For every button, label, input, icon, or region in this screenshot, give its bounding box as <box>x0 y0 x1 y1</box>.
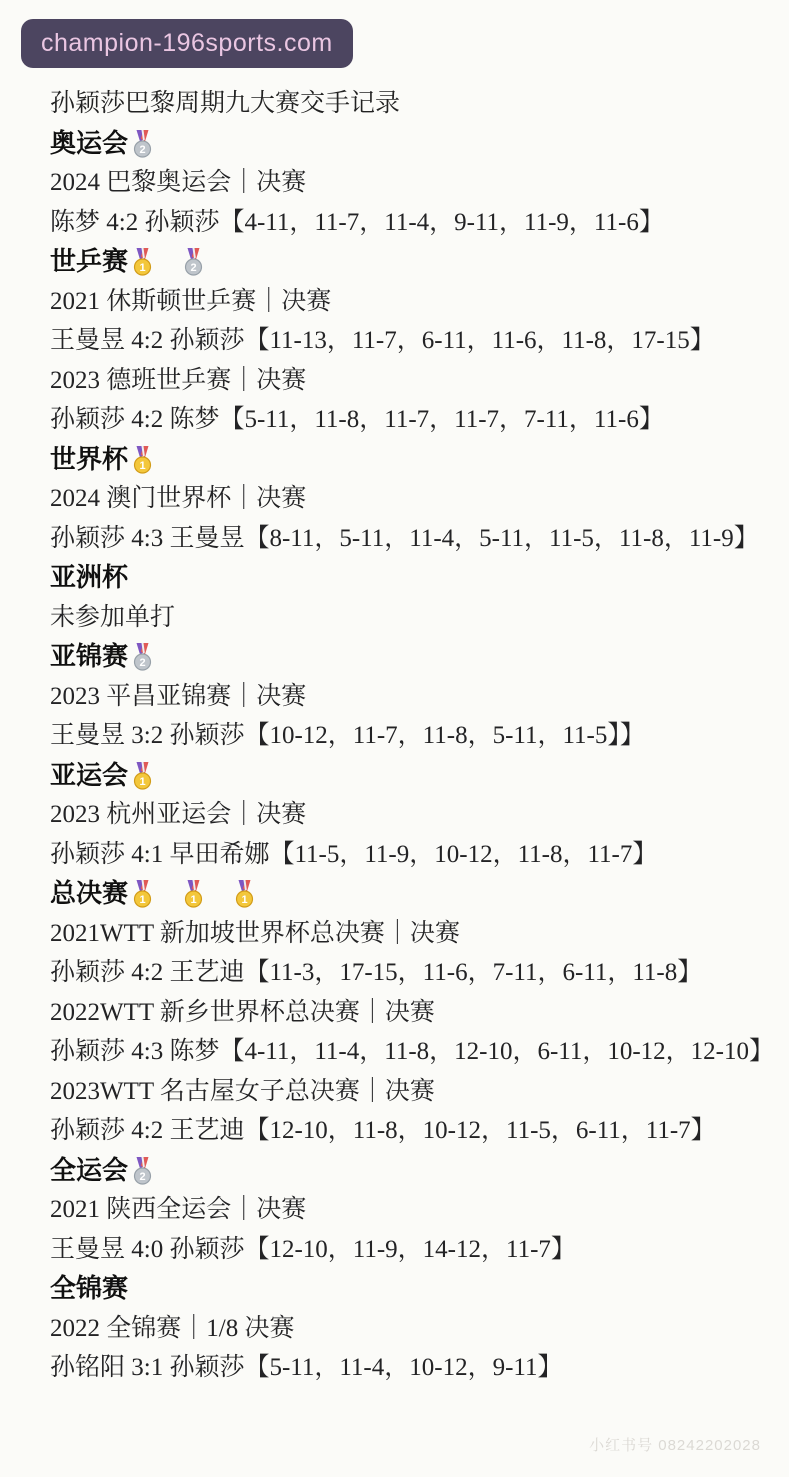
section-header-national-games: 全运会2 <box>50 1151 781 1191</box>
event-line: 2022 全锦赛｜1/8 决赛 <box>50 1309 781 1349</box>
silver-medal-icon: 2 <box>132 130 153 158</box>
silver-medal-icon: 2 <box>183 248 204 276</box>
gold-medal-icon: 1 <box>234 880 255 908</box>
score-line: 孙颖莎 4:1 早田希娜【11-5，11-9，10-12，11-8，11-7】 <box>50 835 781 875</box>
svg-text:1: 1 <box>139 894 145 906</box>
section-header-asian-cup: 亚洲杯 <box>50 558 781 598</box>
section-olympics: 奥运会22024 巴黎奥运会｜决赛陈梦 4:2 孙颖莎【4-11，11-7，11… <box>50 124 781 243</box>
section-title: 世界杯 <box>50 444 128 474</box>
section-title: 奥运会 <box>50 128 128 158</box>
event-line: 2021 陕西全运会｜决赛 <box>50 1190 781 1230</box>
watermark: 小红书号 08242202028 <box>589 1434 761 1455</box>
section-wtt-finals: 总决赛1112021WTT 新加坡世界杯总决赛｜决赛孙颖莎 4:2 王艺迪【11… <box>50 874 781 1151</box>
note-line: 未参加单打 <box>50 598 781 638</box>
svg-text:1: 1 <box>241 894 247 906</box>
svg-text:1: 1 <box>139 262 145 274</box>
score-line: 王曼昱 4:2 孙颖莎【11-13，11-7，6-11，11-6，11-8，17… <box>50 321 781 361</box>
event-line: 2024 澳门世界杯｜决赛 <box>50 479 781 519</box>
section-asian-games: 亚运会12023 杭州亚运会｜决赛孙颖莎 4:1 早田希娜【11-5，11-9，… <box>50 756 781 875</box>
score-line: 孙颖莎 4:3 陈梦【4-11，11-4，11-8，12-10，6-11，10-… <box>50 1032 781 1072</box>
gold-medal-icon: 1 <box>132 248 153 276</box>
site-badge: champion-196sports.com <box>21 19 353 68</box>
section-title: 亚洲杯 <box>50 562 128 592</box>
section-header-wtt-finals: 总决赛111 <box>50 874 781 914</box>
score-line: 孙铭阳 3:1 孙颖莎【5-11，11-4，10-12，9-11】 <box>50 1348 781 1388</box>
score-line: 王曼昱 4:0 孙颖莎【12-10，11-9，14-12，11-7】 <box>50 1230 781 1270</box>
section-world-cup: 世界杯12024 澳门世界杯｜决赛孙颖莎 4:3 王曼昱【8-11，5-11，1… <box>50 440 781 559</box>
event-line: 2023 平昌亚锦赛｜决赛 <box>50 677 781 717</box>
svg-text:2: 2 <box>139 144 145 156</box>
score-line: 孙颖莎 4:2 陈梦【5-11，11-8，11-7，11-7，7-11，11-6… <box>50 400 781 440</box>
svg-text:2: 2 <box>139 1171 145 1183</box>
section-national-championships: 全锦赛2022 全锦赛｜1/8 决赛孙铭阳 3:1 孙颖莎【5-11，11-4，… <box>50 1269 781 1388</box>
score-line: 孙颖莎 4:3 王曼昱【8-11，5-11，11-4，5-11，11-5，11-… <box>50 519 781 559</box>
section-header-asian-championships: 亚锦赛2 <box>50 637 781 677</box>
gold-medal-icon: 1 <box>132 880 153 908</box>
silver-medal-icon: 2 <box>132 1157 153 1185</box>
svg-text:1: 1 <box>190 894 196 906</box>
section-asian-cup: 亚洲杯未参加单打 <box>50 558 781 637</box>
site-badge-text: champion-196sports.com <box>41 29 333 57</box>
gold-medal-icon: 1 <box>132 446 153 474</box>
svg-text:1: 1 <box>139 460 145 472</box>
section-title: 亚运会 <box>50 760 128 790</box>
section-national-games: 全运会22021 陕西全运会｜决赛王曼昱 4:0 孙颖莎【12-10，11-9，… <box>50 1151 781 1270</box>
event-line: 2024 巴黎奥运会｜决赛 <box>50 163 781 203</box>
score-line: 孙颖莎 4:2 王艺迪【11-3，17-15，11-6，7-11，6-11，11… <box>50 953 781 993</box>
score-line: 陈梦 4:2 孙颖莎【4-11，11-7，11-4，9-11，11-9，11-6… <box>50 203 781 243</box>
section-header-world-championships: 世乒赛12 <box>50 242 781 282</box>
section-title: 亚锦赛 <box>50 641 128 671</box>
gold-medal-icon: 1 <box>183 880 204 908</box>
section-title: 世乒赛 <box>50 246 128 276</box>
section-header-world-cup: 世界杯1 <box>50 440 781 480</box>
event-line: 2023WTT 名古屋女子总决赛｜决赛 <box>50 1072 781 1112</box>
gold-medal-icon: 1 <box>132 762 153 790</box>
event-line: 2023 杭州亚运会｜决赛 <box>50 795 781 835</box>
event-line: 2021WTT 新加坡世界杯总决赛｜决赛 <box>50 914 781 954</box>
section-world-championships: 世乒赛122021 休斯顿世乒赛｜决赛王曼昱 4:2 孙颖莎【11-13，11-… <box>50 242 781 440</box>
page-title: 孙颖莎巴黎周期九大赛交手记录 <box>50 84 781 124</box>
event-line: 2021 休斯顿世乒赛｜决赛 <box>50 282 781 322</box>
score-line: 王曼昱 3:2 孙颖莎【10-12，11-7，11-8，5-11，11-5】】 <box>50 716 781 756</box>
page: champion-196sports.com 孙颖莎巴黎周期九大赛交手记录 奥运… <box>0 0 789 1477</box>
score-line: 孙颖莎 4:2 王艺迪【12-10，11-8，10-12，11-5，6-11，1… <box>50 1111 781 1151</box>
section-header-asian-games: 亚运会1 <box>50 756 781 796</box>
section-header-national-championships: 全锦赛 <box>50 1269 781 1309</box>
section-asian-championships: 亚锦赛22023 平昌亚锦赛｜决赛王曼昱 3:2 孙颖莎【10-12，11-7，… <box>50 637 781 756</box>
svg-text:1: 1 <box>139 776 145 788</box>
section-title: 全锦赛 <box>50 1273 128 1303</box>
svg-text:2: 2 <box>190 262 196 274</box>
section-title: 总决赛 <box>50 878 128 908</box>
event-line: 2022WTT 新乡世界杯总决赛｜决赛 <box>50 993 781 1033</box>
event-line: 2023 德班世乒赛｜决赛 <box>50 361 781 401</box>
match-record-list: 孙颖莎巴黎周期九大赛交手记录 奥运会22024 巴黎奥运会｜决赛陈梦 4:2 孙… <box>50 84 781 1388</box>
silver-medal-icon: 2 <box>132 643 153 671</box>
section-header-olympics: 奥运会2 <box>50 124 781 164</box>
svg-text:2: 2 <box>139 657 145 669</box>
section-title: 全运会 <box>50 1155 128 1185</box>
